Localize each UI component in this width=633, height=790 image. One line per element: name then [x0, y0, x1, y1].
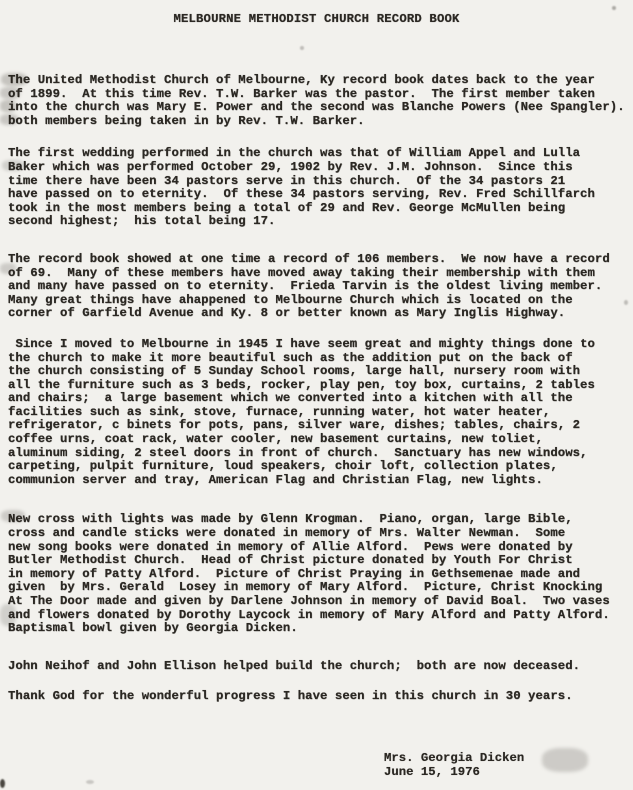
- paragraph-first-wedding-pastors: The first wedding performed in the churc…: [8, 147, 631, 229]
- paragraph-history-founding: The United Methodist Church of Melbourne…: [8, 74, 631, 128]
- paragraph-membership-record: The record book showed at one time a rec…: [8, 253, 631, 321]
- signature-name: Mrs. Georgia Dicken: [384, 751, 631, 765]
- signature-date: June 15, 1976: [384, 765, 631, 779]
- scan-speckle: [0, 779, 5, 788]
- paragraph-thanks: Thank God for the wonderful progress I h…: [8, 690, 631, 704]
- paragraph-builders: John Neihof and John Ellison helped buil…: [8, 660, 631, 674]
- signature-block: Mrs. Georgia Dicken June 15, 1976: [384, 751, 631, 779]
- document-body: The United Methodist Church of Melbourne…: [0, 74, 633, 779]
- scan-speckle: [86, 780, 94, 784]
- scanned-document-page: MELBOURNE METHODIST CHURCH RECORD BOOK T…: [0, 0, 633, 790]
- document-title: MELBOURNE METHODIST CHURCH RECORD BOOK: [0, 12, 633, 26]
- paragraph-church-improvements: Since I moved to Melbourne in 1945 I hav…: [8, 338, 631, 488]
- scan-speckle: [612, 6, 616, 10]
- scan-speckle: [300, 46, 304, 50]
- paragraph-donations-memorials: New cross with lights was made by Glenn …: [8, 513, 631, 635]
